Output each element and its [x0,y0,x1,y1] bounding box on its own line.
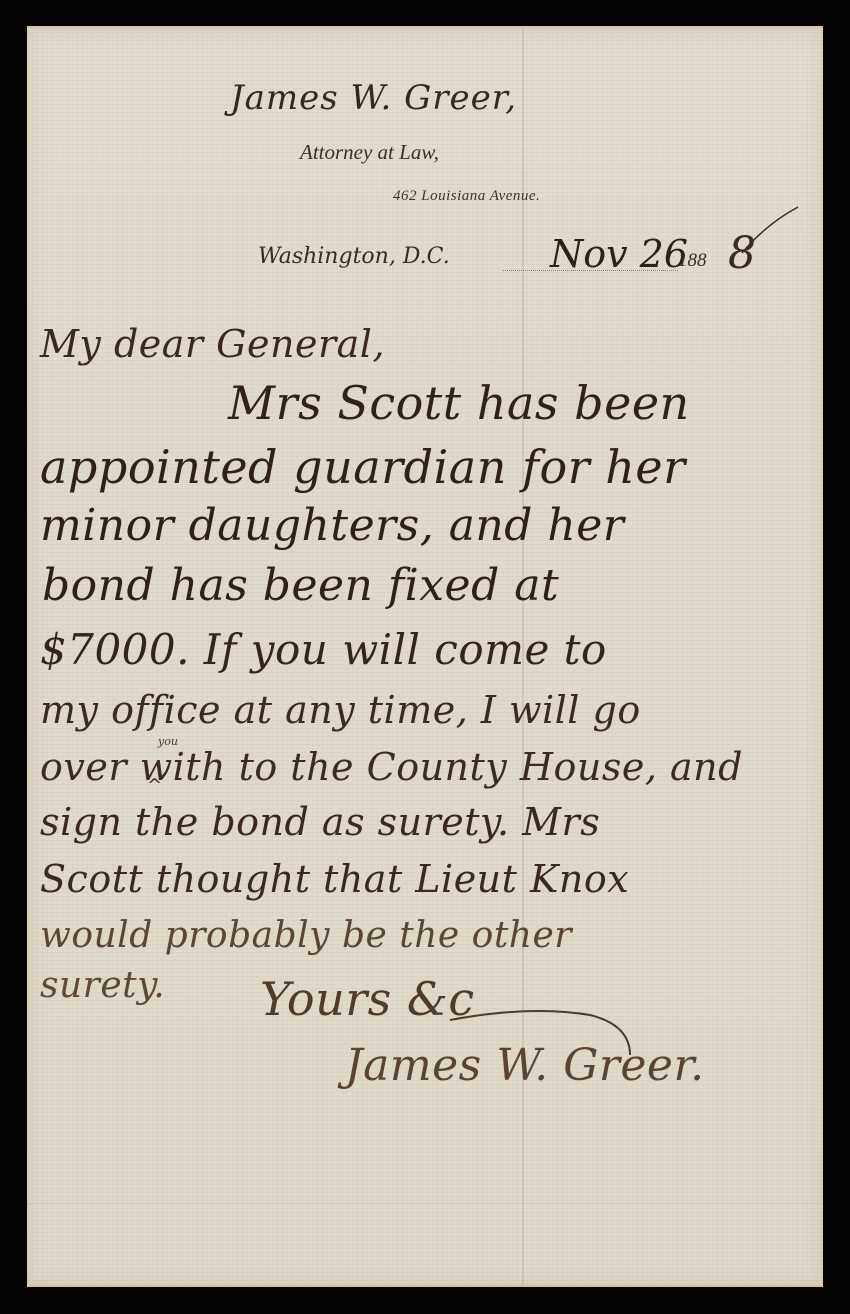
body-line: surety. [40,965,165,1006]
handwritten-date: Nov 26 [550,232,688,276]
body-line: Scott thought that Lieut Knox [40,857,629,901]
letterhead-title: Attorney at Law, [300,140,439,165]
letterhead-city: Washington, D.C. [258,244,450,269]
salutation: My dear General, [40,322,385,366]
body-line: sign the bond as surety. Mrs [40,800,600,844]
body-line: appointed guardian for her [40,440,686,494]
letterhead-address: 462 Louisiana Avenue. [393,188,540,205]
body-line: bond has been fixed at [42,560,559,611]
printed-year-prefix: 188 [678,250,707,272]
signature: James W. Greer. [345,1040,705,1091]
insertion-caret-icon: ^ [147,775,162,796]
body-line: my office at any time, I will go [40,688,641,732]
body-line: minor daughters, and her [40,500,624,551]
body-line: $7000. If you will come to [40,625,607,674]
paper-fold-horizontal [27,1203,823,1204]
body-line: Mrs Scott has been [228,376,690,430]
dateline: Washington, D.C. Nov 26 188 8 [258,230,798,290]
letterhead-name: James W. Greer, [230,78,580,118]
body-line: would probably be the other [40,915,572,956]
body-line: over with to the County House, and [40,745,743,789]
date-flourish-stroke [740,205,800,255]
